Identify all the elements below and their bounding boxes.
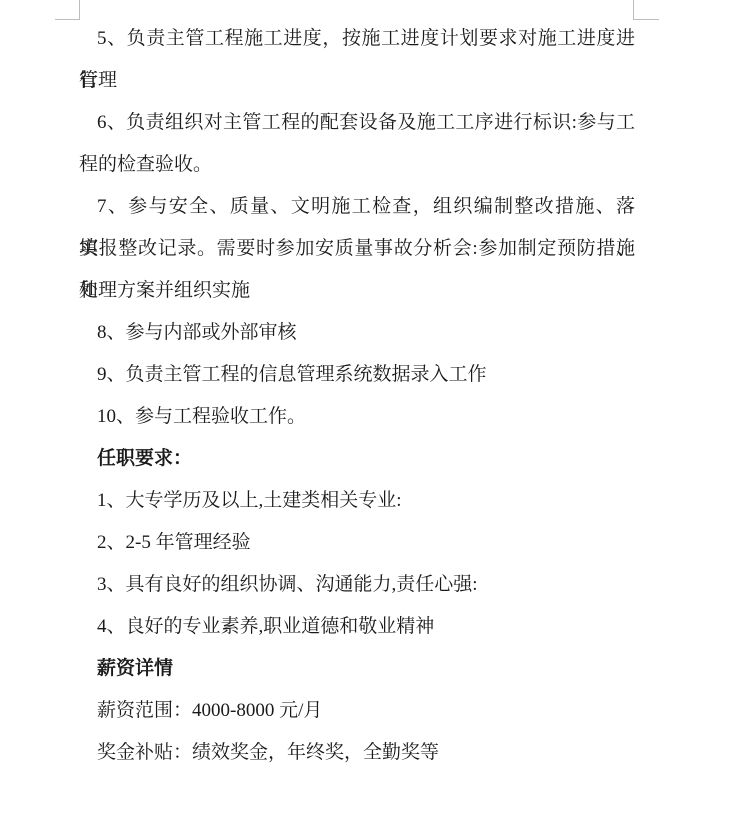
requirement-item-1: 1、大专学历及以上,土建类相关专业: xyxy=(79,480,635,522)
duty-item-5-line-1: 5、负责主管工程施工进度，按施工进度计划要求对施工进度进行 xyxy=(79,18,635,60)
section-heading-salary: 薪资详情 xyxy=(79,648,635,690)
margin-crop-mark-top-right xyxy=(633,0,659,20)
requirement-item-4: 4、良好的专业素养,职业道德和敬业精神 xyxy=(79,606,635,648)
salary-range-line: 薪资范围：4000-8000 元/月 xyxy=(79,690,635,732)
duty-item-6-line-1: 6、负责组织对主管工程的配套设备及施工工序进行标识:参与工 xyxy=(79,102,635,144)
duty-item-7-line-3: 处理方案并组织实施 xyxy=(79,270,635,312)
duty-item-7-line-1: 7、参与安全、质量、文明施工检查，组织编制整改措施、落实、 xyxy=(79,186,635,228)
requirement-item-2: 2、2-5 年管理经验 xyxy=(79,522,635,564)
duty-item-5-line-2: 管理 xyxy=(79,60,635,102)
duty-item-8: 8、参与内部或外部审核 xyxy=(79,312,635,354)
requirement-item-3: 3、具有良好的组织协调、沟通能力,责任心强: xyxy=(79,564,635,606)
duty-item-6-line-2: 程的检查验收。 xyxy=(79,144,635,186)
document-page: 5、负责主管工程施工进度，按施工进度计划要求对施工进度进行 管理 6、负责组织对… xyxy=(0,0,737,816)
section-heading-requirements: 任职要求： xyxy=(79,438,635,480)
document-body: 5、负责主管工程施工进度，按施工进度计划要求对施工进度进行 管理 6、负责组织对… xyxy=(79,0,635,774)
duty-item-10: 10、参与工程验收工作。 xyxy=(79,396,635,438)
duty-item-7-line-2: 填报整改记录。需要时参加安质量事故分析会:参加制定预防措施和 xyxy=(79,228,635,270)
bonus-subsidy-line: 奖金补贴：绩效奖金，年终奖，全勤奖等 xyxy=(79,732,635,774)
duty-item-9: 9、负责主管工程的信息管理系统数据录入工作 xyxy=(79,354,635,396)
margin-crop-mark-top-left xyxy=(55,0,80,20)
